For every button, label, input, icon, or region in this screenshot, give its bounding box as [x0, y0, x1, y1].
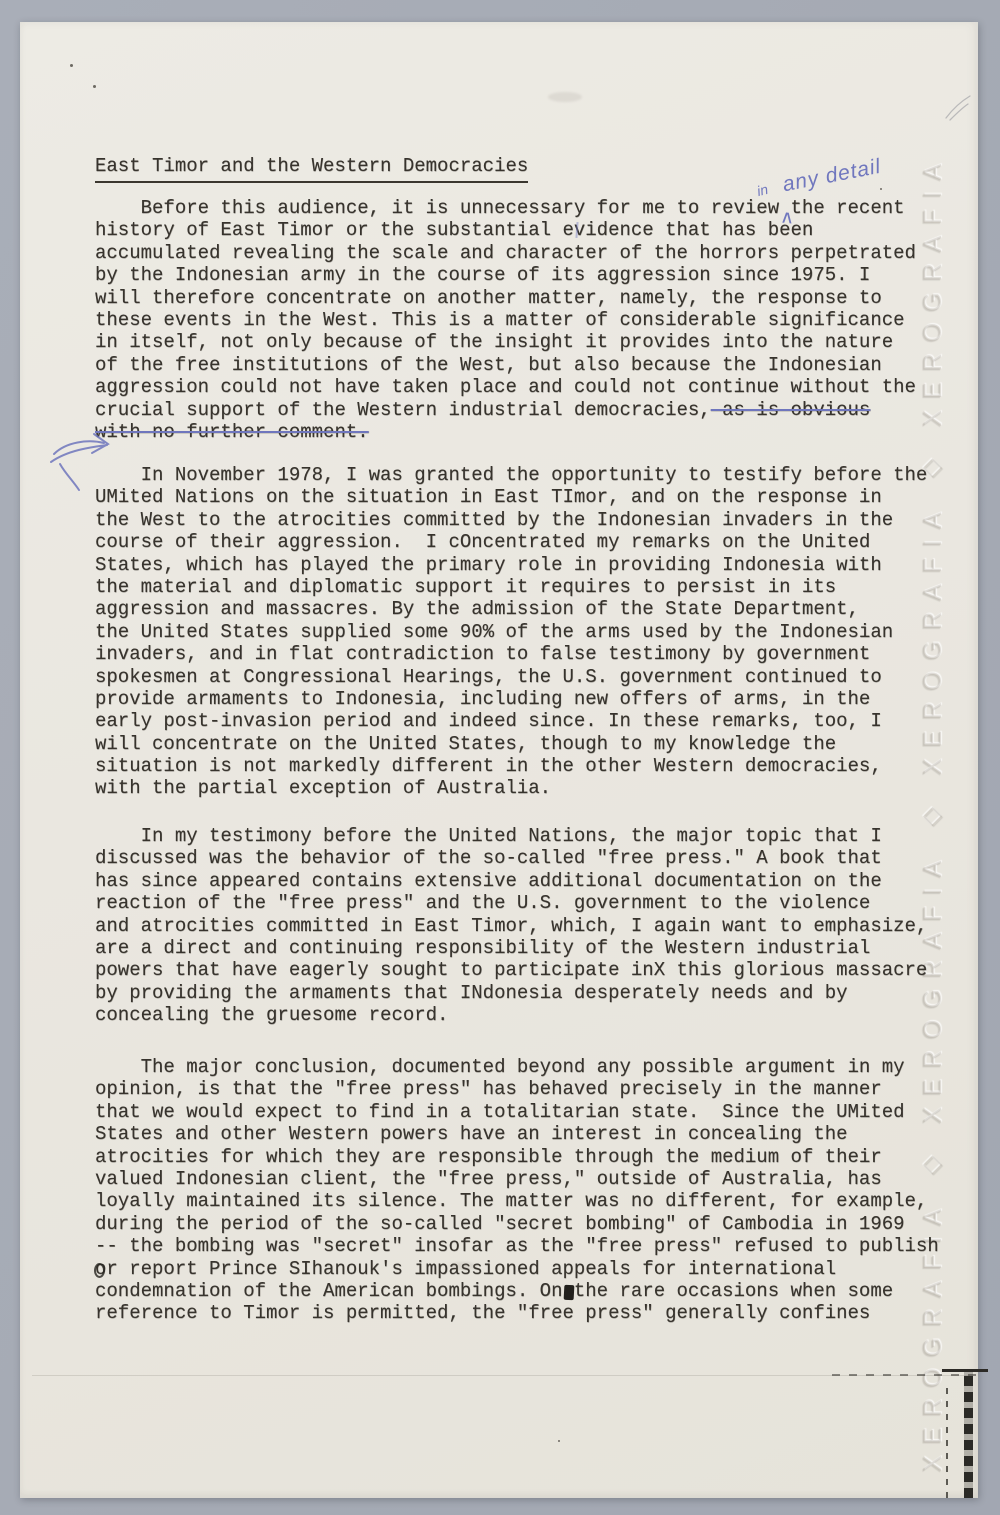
text-line: will concentrate on the United States, t…	[95, 733, 927, 755]
text-line: has since appeared contains extensive ad…	[95, 870, 927, 892]
text-line: accumulated revealing the scale and char…	[95, 242, 916, 264]
text-line: invaders, and in flat contradiction to f…	[95, 643, 927, 665]
paper-speck	[70, 64, 73, 67]
text-line: of the free institutions of the West, bu…	[95, 354, 916, 376]
text-line: concealing the gruesome record.	[95, 1004, 927, 1026]
strikethrough-text: with no further comment.	[95, 421, 916, 443]
text-line: situation is not markedly different in t…	[95, 755, 927, 777]
pencil-scribble	[940, 88, 976, 128]
paragraph-2: In November 1978, I was granted the oppo…	[95, 464, 927, 800]
text-line: In my testimony before the United Nation…	[95, 825, 927, 847]
text-line: UMited Nations on the situation in East …	[95, 486, 927, 508]
text-line: by providing the armaments that INdonesi…	[95, 982, 927, 1004]
text-line: the United States supplied some 90% of t…	[95, 621, 927, 643]
text-line: course of their aggression. I cOncentrat…	[95, 531, 927, 553]
margin-arrow-icon	[48, 428, 120, 494]
text-line: Before this audience, it is unnecessary …	[95, 197, 916, 219]
text-line: these events in the West. This is a matt…	[95, 309, 916, 331]
text-line: aggression could not have taken place an…	[95, 376, 916, 398]
paper-speck	[880, 188, 882, 190]
text-line: reference to Timor is permitted, the "fr…	[95, 1302, 939, 1324]
scan-artifact	[964, 1369, 973, 1498]
text-line: States, which has played the primary rol…	[95, 554, 927, 576]
text-line: condemnation of the American bombings. O…	[95, 1280, 939, 1302]
paper-fold-line	[32, 1375, 970, 1376]
text-line: opinion, is that the "free press" has be…	[95, 1078, 939, 1100]
text-line: history of East Timor or the substantial…	[95, 219, 916, 241]
paper-smudge	[450, 1262, 476, 1270]
text-line: or report Prince SIhanouk's impassioned …	[95, 1258, 939, 1280]
text-line: The major conclusion, documented beyond …	[95, 1056, 939, 1078]
text-line: loyally maintained its silence. The matt…	[95, 1190, 939, 1212]
text-line: provide armaments to Indonesia, includin…	[95, 688, 927, 710]
insertion-caret-icon: ^	[781, 208, 792, 237]
text-line: reaction of the "free press" and the U.S…	[95, 892, 927, 914]
text-line: crucial support of the Western industria…	[95, 399, 916, 421]
text-line: during the period of the so-called "secr…	[95, 1213, 939, 1235]
text-line: with the partial exception of Australia.	[95, 777, 927, 799]
text-line: States and other Western powers have an …	[95, 1123, 939, 1145]
text-line: aggression and massacres. By the admissi…	[95, 598, 927, 620]
ink-blot	[564, 1285, 575, 1301]
text-line: powers that have eagerly sought to parti…	[95, 959, 927, 981]
paragraph-4-lines: The major conclusion, documented beyond …	[95, 1056, 939, 1325]
scan-artifact	[832, 1374, 982, 1376]
text-line: spokesmen at Congressional Hearings, the…	[95, 666, 927, 688]
text-line: are a direct and continuing responsibili…	[95, 937, 927, 959]
text-line: the West to the atrocities committed by …	[95, 509, 927, 531]
text-line: early post-invasion period and indeed si…	[95, 710, 927, 732]
text-segment: crucial support of the Western industria…	[95, 399, 711, 421]
text-line: will therefore concentrate on another ma…	[95, 287, 916, 309]
scan-artifact	[946, 1384, 948, 1498]
text-line: in itself, not only because of the insig…	[95, 331, 916, 353]
paper-speck	[93, 85, 96, 88]
paragraph-1-lines: Before this audience, it is unnecessary …	[95, 197, 916, 399]
paragraph-4: The major conclusion, documented beyond …	[95, 1056, 939, 1325]
text-line: by the Indonesian army in the course of …	[95, 264, 916, 286]
text-line: -- the bombing was "secret" insofar as t…	[95, 1235, 939, 1257]
paragraph-1: Before this audience, it is unnecessary …	[95, 197, 916, 443]
strikethrough-text: as is obvious	[711, 399, 871, 421]
paragraph-2-lines: In November 1978, I was granted the oppo…	[95, 464, 927, 800]
document-title: East Timor and the Western Democracies	[95, 155, 528, 183]
paper-smudge	[548, 92, 582, 102]
text-line: discussed was the behavior of the so-cal…	[95, 847, 927, 869]
scanned-document-background: { "doc": { "title": "East Timor and the …	[0, 0, 1000, 1515]
paper-speck	[558, 1440, 560, 1442]
text-line: that we would expect to find in a totali…	[95, 1101, 939, 1123]
text-line: valued Indonesian client, the "free pres…	[95, 1168, 939, 1190]
text-line: and atrocities committed in East Timor, …	[95, 915, 927, 937]
paragraph-3-lines: In my testimony before the United Nation…	[95, 825, 927, 1027]
text-line: atrocities for which they are responsibl…	[95, 1146, 939, 1168]
overstruck-character	[94, 1263, 105, 1278]
text-line: the material and diplomatic support it r…	[95, 576, 927, 598]
paragraph-3: In my testimony before the United Nation…	[95, 825, 927, 1027]
document-page: XEROGRAFIA ◇ XEROGRAFIA ◇ XEROGRAFIA ◇ X…	[20, 22, 978, 1498]
text-line: In November 1978, I was granted the oppo…	[95, 464, 927, 486]
handwritten-insertion: any detail	[781, 155, 884, 198]
